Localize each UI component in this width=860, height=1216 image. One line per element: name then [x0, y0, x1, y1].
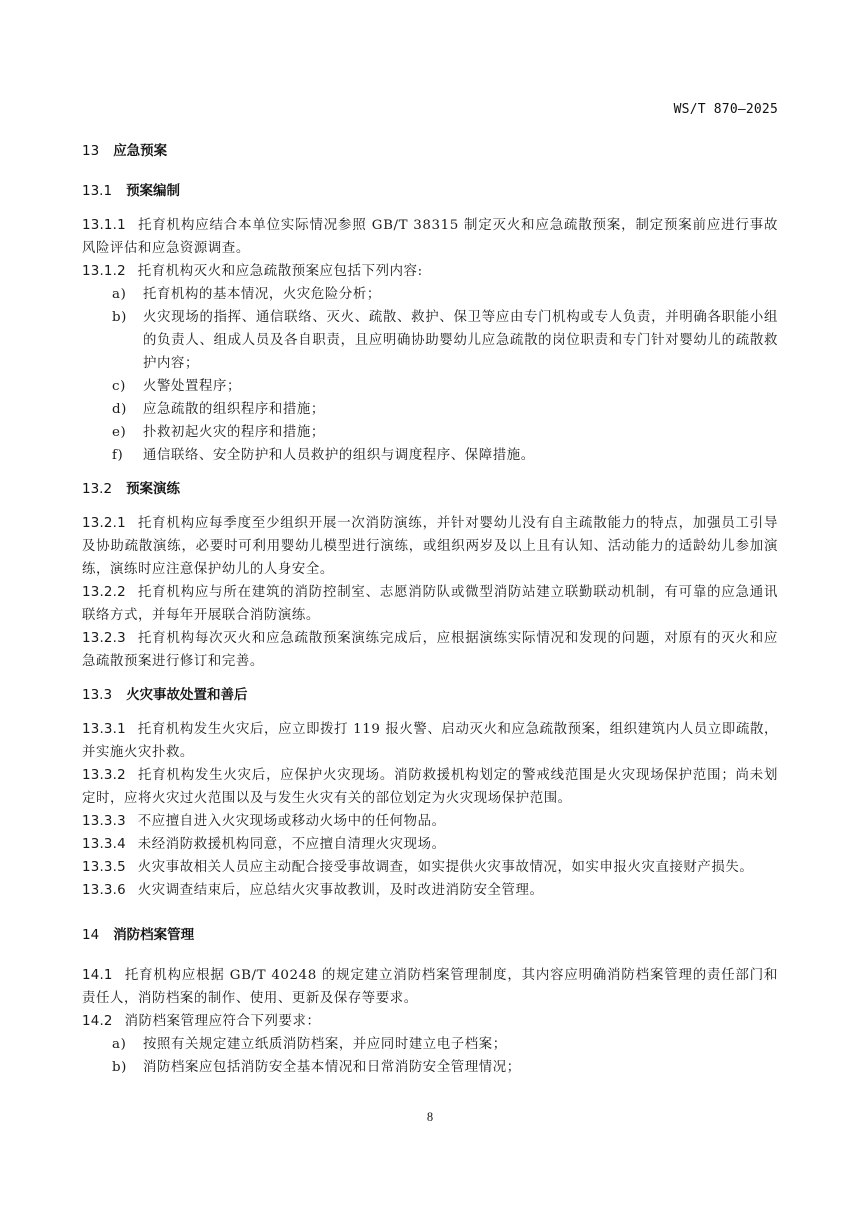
- clause-13-3-4: 13.3.4未经消防救援机构同意，不应擅自清理火灾现场。: [82, 833, 778, 856]
- section-number: 14: [82, 924, 99, 947]
- document-body: 13应急预案 13.1预案编制 13.1.1托育机构应结合本单位实际情况参照 G…: [82, 140, 778, 1079]
- clause-13-2-2: 13.2.2托育机构应与所在建筑的消防控制室、志愿消防队或微型消防站建立联勤联动…: [82, 581, 778, 627]
- clause-13-1-2: 13.1.2托育机构灭火和应急疏散预案应包括下列内容:: [82, 260, 778, 283]
- clause-14-2-list: a)按照有关规定建立纸质消防档案，并应同时建立电子档案； b)消防档案应包括消防…: [82, 1033, 778, 1079]
- list-marker: a): [112, 1033, 126, 1056]
- clause-number: 13.2.2: [82, 585, 126, 600]
- list-item: e)扑救初起火灾的程序和措施；: [82, 421, 778, 444]
- list-marker: c): [112, 375, 126, 398]
- clause-number: 14.1: [82, 968, 113, 983]
- list-item: d)应急疏散的组织程序和措施；: [82, 398, 778, 421]
- clause-text: 托育机构每次灭火和应急疏散预案演练完成后，应根据演练实际情况和发现的问题，对原有…: [82, 631, 778, 669]
- clause-number: 13.1.1: [82, 218, 126, 233]
- clause-number: 13.3.5: [82, 860, 126, 875]
- list-item-text: 火警处置程序；: [143, 379, 241, 394]
- clause-text: 托育机构应结合本单位实际情况参照 GB/T 38315 制定灭火和应急疏散预案，…: [82, 218, 778, 256]
- subsection-heading-13-1: 13.1预案编制: [82, 180, 778, 203]
- list-marker: b): [112, 306, 127, 329]
- list-item: c)火警处置程序；: [82, 375, 778, 398]
- list-item: a)托育机构的基本情况，火灾危险分析；: [82, 283, 778, 306]
- list-item-text: 通信联络、安全防护和人员救护的组织与调度程序、保障措施。: [143, 448, 535, 463]
- clause-14-2: 14.2消防档案管理应符合下列要求：: [82, 1010, 778, 1033]
- clause-13-1-1: 13.1.1托育机构应结合本单位实际情况参照 GB/T 38315 制定灭火和应…: [82, 214, 778, 260]
- clause-text: 托育机构应与所在建筑的消防控制室、志愿消防队或微型消防站建立联勤联动机制，有可靠…: [82, 585, 778, 623]
- subsection-heading-13-3: 13.3火灾事故处置和善后: [82, 684, 778, 707]
- list-item: b)火灾现场的指挥、通信联络、灭火、疏散、救护、保卫等应由专门机构或专人负责，并…: [82, 306, 778, 375]
- clause-13-2-1: 13.2.1托育机构应每季度至少组织开展一次消防演练，并针对婴幼儿没有自主疏散能…: [82, 512, 778, 581]
- clause-text: 托育机构发生火灾后，应保护火灾现场。消防救援机构划定的警戒线范围是火灾现场保护范…: [82, 768, 778, 806]
- clause-number: 13.2.3: [82, 631, 126, 646]
- list-item-text: 应急疏散的组织程序和措施；: [143, 402, 325, 417]
- list-item: a)按照有关规定建立纸质消防档案，并应同时建立电子档案；: [82, 1033, 778, 1056]
- subsection-heading-13-2: 13.2预案演练: [82, 478, 778, 501]
- clause-13-3-2: 13.3.2托育机构发生火灾后，应保护火灾现场。消防救援机构划定的警戒线范围是火…: [82, 764, 778, 810]
- list-item-text: 消防档案应包括消防安全基本情况和日常消防安全管理情况；: [143, 1060, 521, 1075]
- clause-13-3-1: 13.3.1托育机构发生火灾后，应立即拨打 119 报火警、启动灭火和应急疏散预…: [82, 718, 778, 764]
- list-marker: d): [112, 398, 127, 421]
- clause-number: 13.1.2: [82, 264, 126, 279]
- clause-text: 托育机构灭火和应急疏散预案应包括下列内容:: [138, 264, 423, 279]
- standard-code-header: WS/T 870—2025: [674, 102, 778, 117]
- clause-13-3-5: 13.3.5火灾事故相关人员应主动配合接受事故调查，如实提供火灾事故情况，如实申…: [82, 856, 778, 879]
- clause-number: 13.2.1: [82, 516, 126, 531]
- page-number: 8: [0, 1110, 860, 1125]
- section-number: 13: [82, 140, 99, 163]
- clause-text: 消防档案管理应符合下列要求：: [125, 1014, 321, 1029]
- subsection-title: 预案演练: [126, 481, 180, 497]
- list-item-text: 托育机构的基本情况，火灾危险分析；: [143, 287, 381, 302]
- clause-number: 13.3.1: [82, 722, 126, 737]
- subsection-number: 13.1: [82, 180, 112, 203]
- clause-number: 14.2: [82, 1014, 113, 1029]
- section-heading-14: 14消防档案管理: [82, 924, 778, 947]
- subsection-number: 13.3: [82, 684, 112, 707]
- clause-number: 13.3.3: [82, 814, 126, 829]
- clause-text: 火灾事故相关人员应主动配合接受事故调查，如实提供火灾事故情况，如实申报火灾直接财…: [138, 860, 754, 875]
- clause-13-2-3: 13.2.3托育机构每次灭火和应急疏散预案演练完成后，应根据演练实际情况和发现的…: [82, 627, 778, 673]
- section-title: 应急预案: [113, 143, 167, 159]
- list-item-text: 按照有关规定建立纸质消防档案，并应同时建立电子档案；: [143, 1037, 507, 1052]
- subsection-number: 13.2: [82, 478, 112, 501]
- section-title: 消防档案管理: [113, 927, 194, 943]
- clause-13-3-3: 13.3.3不应擅自进入火灾现场或移动火场中的任何物品。: [82, 810, 778, 833]
- clause-number: 13.3.6: [82, 883, 126, 898]
- list-item: f)通信联络、安全防护和人员救护的组织与调度程序、保障措施。: [82, 444, 778, 467]
- clause-text: 托育机构发生火灾后，应立即拨打 119 报火警、启动灭火和应急疏散预案，组织建筑…: [82, 722, 778, 760]
- list-marker: b): [112, 1056, 127, 1079]
- clause-14-1: 14.1托育机构应根据 GB/T 40248 的规定建立消防档案管理制度，其内容…: [82, 964, 778, 1010]
- clause-text: 不应擅自进入火灾现场或移动火场中的任何物品。: [138, 814, 446, 829]
- clause-text: 托育机构应每季度至少组织开展一次消防演练，并针对婴幼儿没有自主疏散能力的特点，加…: [82, 516, 778, 577]
- subsection-title: 火灾事故处置和善后: [126, 687, 248, 703]
- subsection-title: 预案编制: [126, 183, 180, 199]
- clause-13-1-2-list: a)托育机构的基本情况，火灾危险分析； b)火灾现场的指挥、通信联络、灭火、疏散…: [82, 283, 778, 467]
- clause-number: 13.3.2: [82, 768, 126, 783]
- list-marker: f): [112, 444, 123, 467]
- clause-number: 13.3.4: [82, 837, 126, 852]
- list-item: b)消防档案应包括消防安全基本情况和日常消防安全管理情况；: [82, 1056, 778, 1079]
- list-item-text: 扑救初起火灾的程序和措施；: [143, 425, 325, 440]
- clause-13-3-6: 13.3.6火灾调查结束后，应总结火灾事故教训，及时改进消防安全管理。: [82, 879, 778, 902]
- section-heading-13: 13应急预案: [82, 140, 778, 163]
- clause-text: 火灾调查结束后，应总结火灾事故教训，及时改进消防安全管理。: [138, 883, 544, 898]
- list-marker: e): [112, 421, 126, 444]
- list-marker: a): [112, 283, 126, 306]
- clause-text: 未经消防救援机构同意，不应擅自清理火灾现场。: [138, 837, 446, 852]
- clause-text: 托育机构应根据 GB/T 40248 的规定建立消防档案管理制度，其内容应明确消…: [82, 968, 778, 1006]
- list-item-text: 火灾现场的指挥、通信联络、灭火、疏散、救护、保卫等应由专门机构或专人负责，并明确…: [143, 310, 778, 371]
